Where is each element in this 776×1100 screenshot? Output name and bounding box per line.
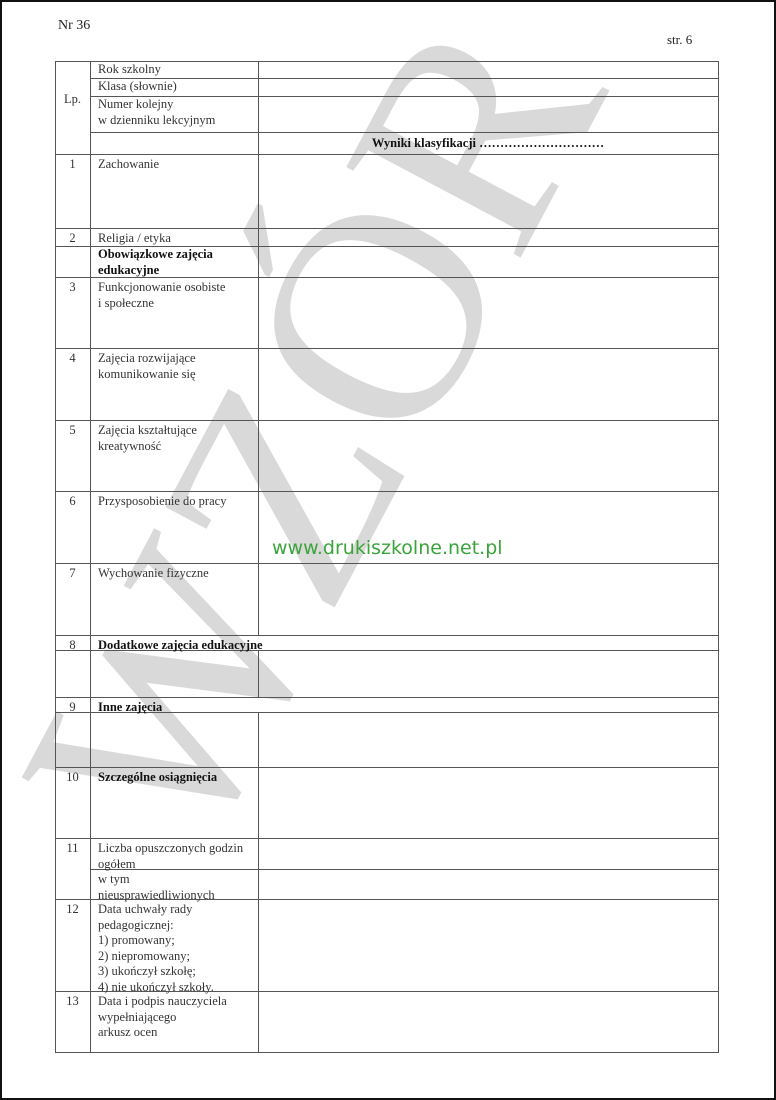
table-rule — [90, 491, 91, 564]
grade-field[interactable] — [259, 870, 717, 898]
row-number: 11 — [55, 841, 90, 857]
row-label: Zajęcia kształtujące kreatywność — [98, 423, 256, 454]
table-rule — [90, 712, 91, 768]
grade-field[interactable] — [259, 155, 717, 227]
grade-field[interactable] — [259, 839, 717, 868]
row-number: 9 — [55, 700, 90, 716]
table-rule — [90, 697, 91, 713]
grade-field[interactable] — [259, 768, 717, 837]
header-label-2: Numer kolejny w dzienniku lekcyjnym — [98, 97, 258, 128]
row-number: 4 — [55, 351, 90, 367]
header-label-0: Rok szkolny — [98, 62, 258, 78]
row-number: 12 — [55, 902, 90, 918]
row-number: 2 — [55, 231, 90, 247]
table-rule — [90, 277, 91, 349]
header-field-1[interactable] — [259, 79, 717, 95]
grade-field[interactable] — [259, 651, 717, 696]
table-rule — [90, 991, 91, 1053]
table-rule — [90, 635, 91, 651]
table-rule — [90, 767, 91, 839]
row-label: Zajęcia rozwijające komunikowanie się — [98, 351, 256, 382]
row-number: 5 — [55, 423, 90, 439]
grade-field[interactable] — [259, 564, 717, 634]
table-rule — [90, 61, 91, 155]
table-rule — [90, 246, 91, 278]
table-rule — [90, 132, 719, 133]
table-rule — [90, 838, 91, 870]
table-rule — [90, 899, 91, 992]
row-label: Przysposobienie do pracy — [98, 494, 256, 510]
row-label: Zachowanie — [98, 157, 256, 173]
grade-field[interactable] — [259, 229, 717, 245]
row-label: Liczba opuszczonych godzin ogółem — [98, 841, 256, 872]
row-number: 1 — [55, 157, 90, 173]
table-rule — [718, 61, 719, 1053]
grade-field[interactable] — [259, 713, 717, 766]
header-field-0[interactable] — [259, 62, 717, 77]
table-rule — [90, 228, 91, 247]
table-rule — [90, 650, 91, 698]
table-rule — [90, 348, 91, 421]
table-rule — [90, 420, 91, 492]
header-label-1: Klasa (słownie) — [98, 79, 258, 95]
lp-header: Lp. — [55, 92, 90, 108]
table-rule — [90, 154, 91, 229]
row-number: 3 — [55, 280, 90, 296]
website-url: www.drukiszkolne.net.pl — [272, 537, 503, 559]
grade-field[interactable] — [259, 247, 717, 276]
table-rule — [90, 869, 91, 900]
header-field-2[interactable] — [259, 97, 717, 131]
row-label: Religia / etyka — [98, 231, 256, 247]
row-number: 8 — [55, 638, 90, 654]
row-label: Data uchwały rady pedagogicznej: 1) prom… — [98, 902, 256, 995]
row-label: Wychowanie fizyczne — [98, 566, 256, 582]
merged-cell-mask — [56, 869, 90, 870]
table-rule — [55, 1052, 719, 1053]
grade-field[interactable] — [259, 278, 717, 347]
row-label: w tym nieusprawiedliwionych — [98, 872, 256, 903]
row-label: Szczególne osiągnięcia — [98, 770, 256, 786]
row-label: Obowiązkowe zajęcia edukacyjne — [98, 247, 256, 278]
table-rule — [90, 563, 91, 636]
row-number: 13 — [55, 994, 90, 1010]
row-number: 7 — [55, 566, 90, 582]
grade-field[interactable] — [259, 992, 717, 1051]
grade-field[interactable] — [259, 900, 717, 990]
grade-field[interactable] — [259, 349, 717, 419]
row-number: 10 — [55, 770, 90, 786]
table-rule — [55, 697, 719, 698]
table-rule — [55, 635, 719, 636]
row-label: Funkcjonowanie osobiste i społeczne — [98, 280, 256, 311]
results-header: Wyniki klasyfikacji ………………………… — [258, 136, 718, 152]
grade-field[interactable] — [259, 421, 717, 490]
row-label: Data i podpis nauczyciela wypełniającego… — [98, 994, 256, 1041]
row-number: 6 — [55, 494, 90, 510]
